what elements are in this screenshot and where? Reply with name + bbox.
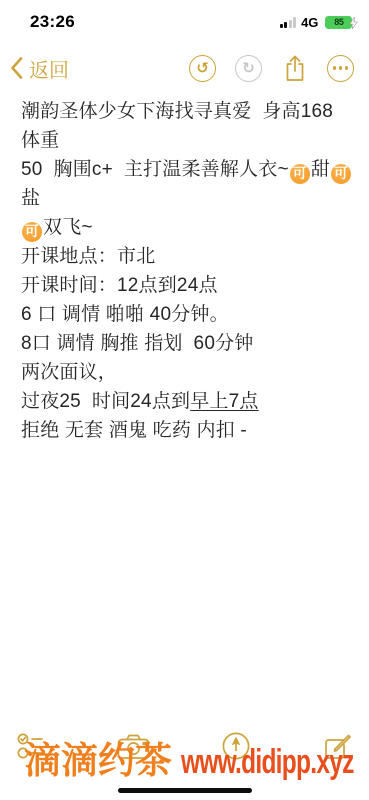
redo-button[interactable]: ↻ [235,55,262,82]
signal-strength-icon [280,17,297,28]
back-button[interactable]: 返回 [10,54,69,83]
more-button[interactable] [327,55,354,82]
note-line: 拒绝 无套 酒鬼 吃药 内扣 - [21,416,355,445]
note-line: 两次面议， [21,358,355,387]
note-line: 潮韵圣体少女下海找寻真爱 身高168 体重 [21,97,355,155]
markup-pen-icon [221,731,251,761]
note-text-segment: 8口 调情 胸推 指划 60分钟 [21,333,254,354]
note-text-segment: 6 口 调情 啪啪 40分钟。 [21,304,229,325]
markup-button[interactable] [219,729,253,763]
compose-icon [323,732,352,761]
note-text-segment: 潮韵圣体少女下海找寻真爱 身高168 体重 [21,101,344,151]
ke-acceptable-emoji: 可 [22,222,42,242]
note-line: 50 胸围c+ 主打温柔善解人衣~可甜可盐 [21,155,355,213]
status-time: 23:26 [30,12,75,32]
checklist-icon [15,730,47,762]
camera-button[interactable] [116,729,150,763]
note-line: 可双飞~ [21,213,355,242]
undo-icon: ↺ [196,59,209,77]
charging-bolt-icon [349,17,358,29]
note-line: 8口 调情 胸推 指划 60分钟 [21,329,355,358]
ellipsis-icon [333,66,348,69]
camera-icon [117,733,150,760]
note-text-segment: 开课地点：市北 [21,246,155,267]
chevron-left-icon [10,57,23,79]
compose-button[interactable] [321,729,355,763]
share-button[interactable] [281,55,308,82]
note-text-segment: 双飞~ [43,217,93,238]
note-line: 开课地点：市北 [21,242,355,271]
home-indicator[interactable] [118,788,252,793]
note-text-segment: 盐 [21,188,40,209]
checklist-button[interactable] [14,729,48,763]
ke-acceptable-emoji: 可 [290,164,310,184]
back-label: 返回 [29,54,69,83]
note-text-segment: 拒绝 无套 酒鬼 吃药 内扣 - [21,420,247,441]
bottom-toolbar [0,727,369,765]
undo-button[interactable]: ↺ [189,55,216,82]
share-icon [284,55,306,82]
note-line: 过夜25 时间24点到早上7点 [21,387,355,416]
status-bar: 23:26 4G 85 [0,0,369,44]
notes-app-screen: 23:26 4G 85 返回 ↺ ↻ [0,0,369,800]
note-text-segment: 早上7点 [190,391,258,412]
ke-acceptable-emoji: 可 [331,164,351,184]
note-text-segment: 甜 [311,159,330,180]
note-text-segment: 两次面议， [21,362,117,383]
battery-percent: 85 [334,17,343,27]
note-text-segment: 开课时间：12点到24点 [21,275,218,296]
network-type-label: 4G [301,15,318,30]
note-text-segment: 50 胸围c+ 主打温柔善解人衣~ [21,159,289,180]
nav-bar: 返回 ↺ ↻ [0,44,369,92]
note-line: 6 口 调情 啪啪 40分钟。 [21,300,355,329]
note-line: 开课时间：12点到24点 [21,271,355,300]
note-text-segment: 过夜25 时间24点到 [21,391,190,412]
battery-indicator: 85 [325,16,355,29]
redo-icon: ↻ [242,59,255,77]
note-editor[interactable]: 潮韵圣体少女下海找寻真爱 身高168 体重50 胸围c+ 主打温柔善解人衣~可甜… [0,97,369,710]
